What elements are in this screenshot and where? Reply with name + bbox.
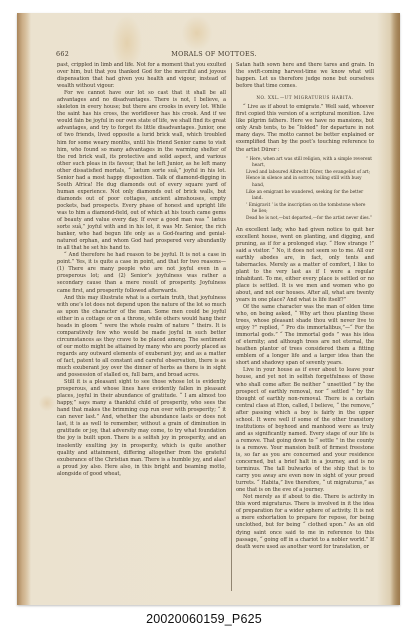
poem-line: ‘ Emigravit ’ is the inscription on the … [236,203,374,210]
poem-line-continuation: hand, [236,183,374,190]
poem-line-continuation: land. [236,196,374,203]
poem-line-continuation: heart, [236,163,374,170]
running-title: MORALS OF MOTTOES. [56,50,372,58]
column-divider [231,63,232,591]
running-head: 662 MORALS OF MOTTOES. [56,50,372,60]
left-paragraph-2: For we cannot have our lot so cast that … [57,90,226,252]
poem-line: Dead he is not,—but departed,—for the ar… [236,216,374,223]
right-paragraph-1: An excellent lady, who had given notice … [236,227,374,305]
right-paragraph-4: Not merely as if about to die. There is … [236,494,374,550]
right-paragraph-2: Of the same character was the man of old… [236,304,374,367]
left-paragraph-1: past, crippled in limb and life. Not for… [57,62,226,90]
left-paragraph-4: And this may illustrate what is a certai… [57,295,226,380]
section-heading: NO. XXL.—UT MIGRATURUS HABITA. [236,94,374,101]
poem-line-continuation: he lies; [236,209,374,216]
left-paragraph-5: Still it is a pleasant sight to see thos… [57,379,226,478]
left-paragraph-3: “ And therefore he had reason to be joyf… [57,252,226,294]
section-intro-paragraph: “ Live as if about to emigrate.” Well sa… [236,104,374,153]
poem-line: Like an emigrant he wandered, seeking fo… [236,190,374,197]
poem-quote: “ Here, when art was still religion, wit… [236,157,374,223]
poem-line: Hence in silence and in sorrow, toiling … [236,176,374,183]
left-column: past, crippled in limb and life. Not for… [57,62,226,478]
image-caption: 20020060159_P625 [0,612,408,626]
right-column: Satan hath sown here and there tares and… [236,62,374,551]
right-paragraph-3: Live in your house as if ever about to l… [236,367,374,494]
right-intro-paragraph: Satan hath sown here and there tares and… [236,62,374,90]
poem-line: Lived and laboured Albrecht Dürer, the e… [236,170,374,177]
poem-line: “ Here, when art was still religion, wit… [236,157,374,164]
